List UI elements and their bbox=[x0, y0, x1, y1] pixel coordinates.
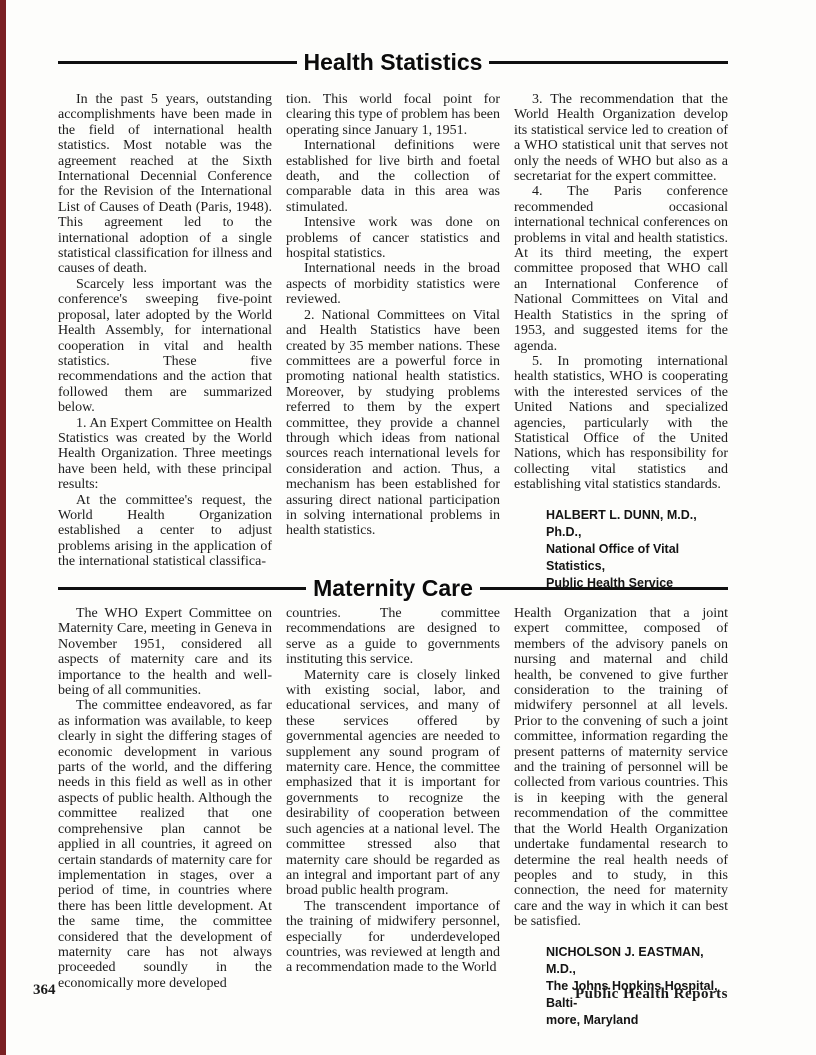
health-statistics-column-2: tion. This world focal point for clearin… bbox=[286, 92, 500, 592]
maternity-care-column-2: countries. The committee recommendations… bbox=[286, 606, 500, 1029]
journal-page: Health Statistics In the past 5 years, o… bbox=[0, 0, 816, 1055]
page-edge-bar bbox=[0, 0, 6, 1055]
health-statistics-columns: In the past 5 years, outstanding accompl… bbox=[58, 92, 728, 592]
paragraph: 3. The recommendation that the World Hea… bbox=[514, 92, 728, 184]
paragraph: 5. In promoting international health sta… bbox=[514, 354, 728, 493]
paragraph: tion. This world focal point for clearin… bbox=[286, 92, 500, 138]
journal-title: Public Health Reports bbox=[575, 986, 728, 1003]
paragraph: International definitions were establish… bbox=[286, 138, 500, 215]
paragraph: 1. An Expert Committee on Health Statist… bbox=[58, 416, 272, 493]
maternity-care-column-1: The WHO Expert Committee on Maternity Ca… bbox=[58, 606, 272, 1029]
header-rule-left bbox=[58, 587, 306, 590]
paragraph: Intensive work was done on problems of c… bbox=[286, 215, 500, 261]
byline-name: NICHOLSON J. EASTMAN, M.D., bbox=[546, 944, 728, 978]
paragraph: 2. National Committees on Vital and Heal… bbox=[286, 308, 500, 539]
header-rule-right bbox=[489, 61, 728, 64]
paragraph: At the committee's request, the World He… bbox=[58, 493, 272, 570]
section-title-health-statistics: Health Statistics bbox=[297, 49, 490, 76]
paragraph: Maternity care is closely linked with ex… bbox=[286, 668, 500, 899]
maternity-care-columns: The WHO Expert Committee on Maternity Ca… bbox=[58, 606, 728, 1029]
byline-name: HALBERT L. DUNN, M.D., Ph.D., bbox=[546, 507, 728, 541]
byline-affiliation: more, Maryland bbox=[546, 1012, 728, 1029]
page-number: 364 bbox=[33, 982, 56, 999]
maternity-care-column-3: Health Organization that a joint expert … bbox=[514, 606, 728, 1029]
health-statistics-column-1: In the past 5 years, outstanding accompl… bbox=[58, 92, 272, 592]
paragraph: International needs in the broad aspects… bbox=[286, 261, 500, 307]
paragraph: Health Organization that a joint expert … bbox=[514, 606, 728, 930]
health-statistics-column-3: 3. The recommendation that the World Hea… bbox=[514, 92, 728, 592]
health-statistics-header: Health Statistics bbox=[58, 46, 728, 78]
header-rule-right bbox=[480, 587, 728, 590]
header-rule-left bbox=[58, 61, 297, 64]
paragraph: In the past 5 years, outstanding accompl… bbox=[58, 92, 272, 277]
paragraph: The WHO Expert Committee on Maternity Ca… bbox=[58, 606, 272, 698]
maternity-care-header: Maternity Care bbox=[58, 572, 728, 604]
paragraph: countries. The committee recommendations… bbox=[286, 606, 500, 668]
paragraph: 4. The Paris conference recommended occa… bbox=[514, 184, 728, 353]
paragraph: The transcendent importance of the train… bbox=[286, 899, 500, 976]
paragraph: The committee endeavored, as far as info… bbox=[58, 698, 272, 991]
paragraph: Scarcely less important was the conferen… bbox=[58, 277, 272, 416]
byline-affiliation: National Office of Vital Statistics, bbox=[546, 541, 728, 575]
page-footer: 364 Public Health Reports bbox=[0, 982, 816, 1004]
section-title-maternity-care: Maternity Care bbox=[306, 575, 480, 602]
